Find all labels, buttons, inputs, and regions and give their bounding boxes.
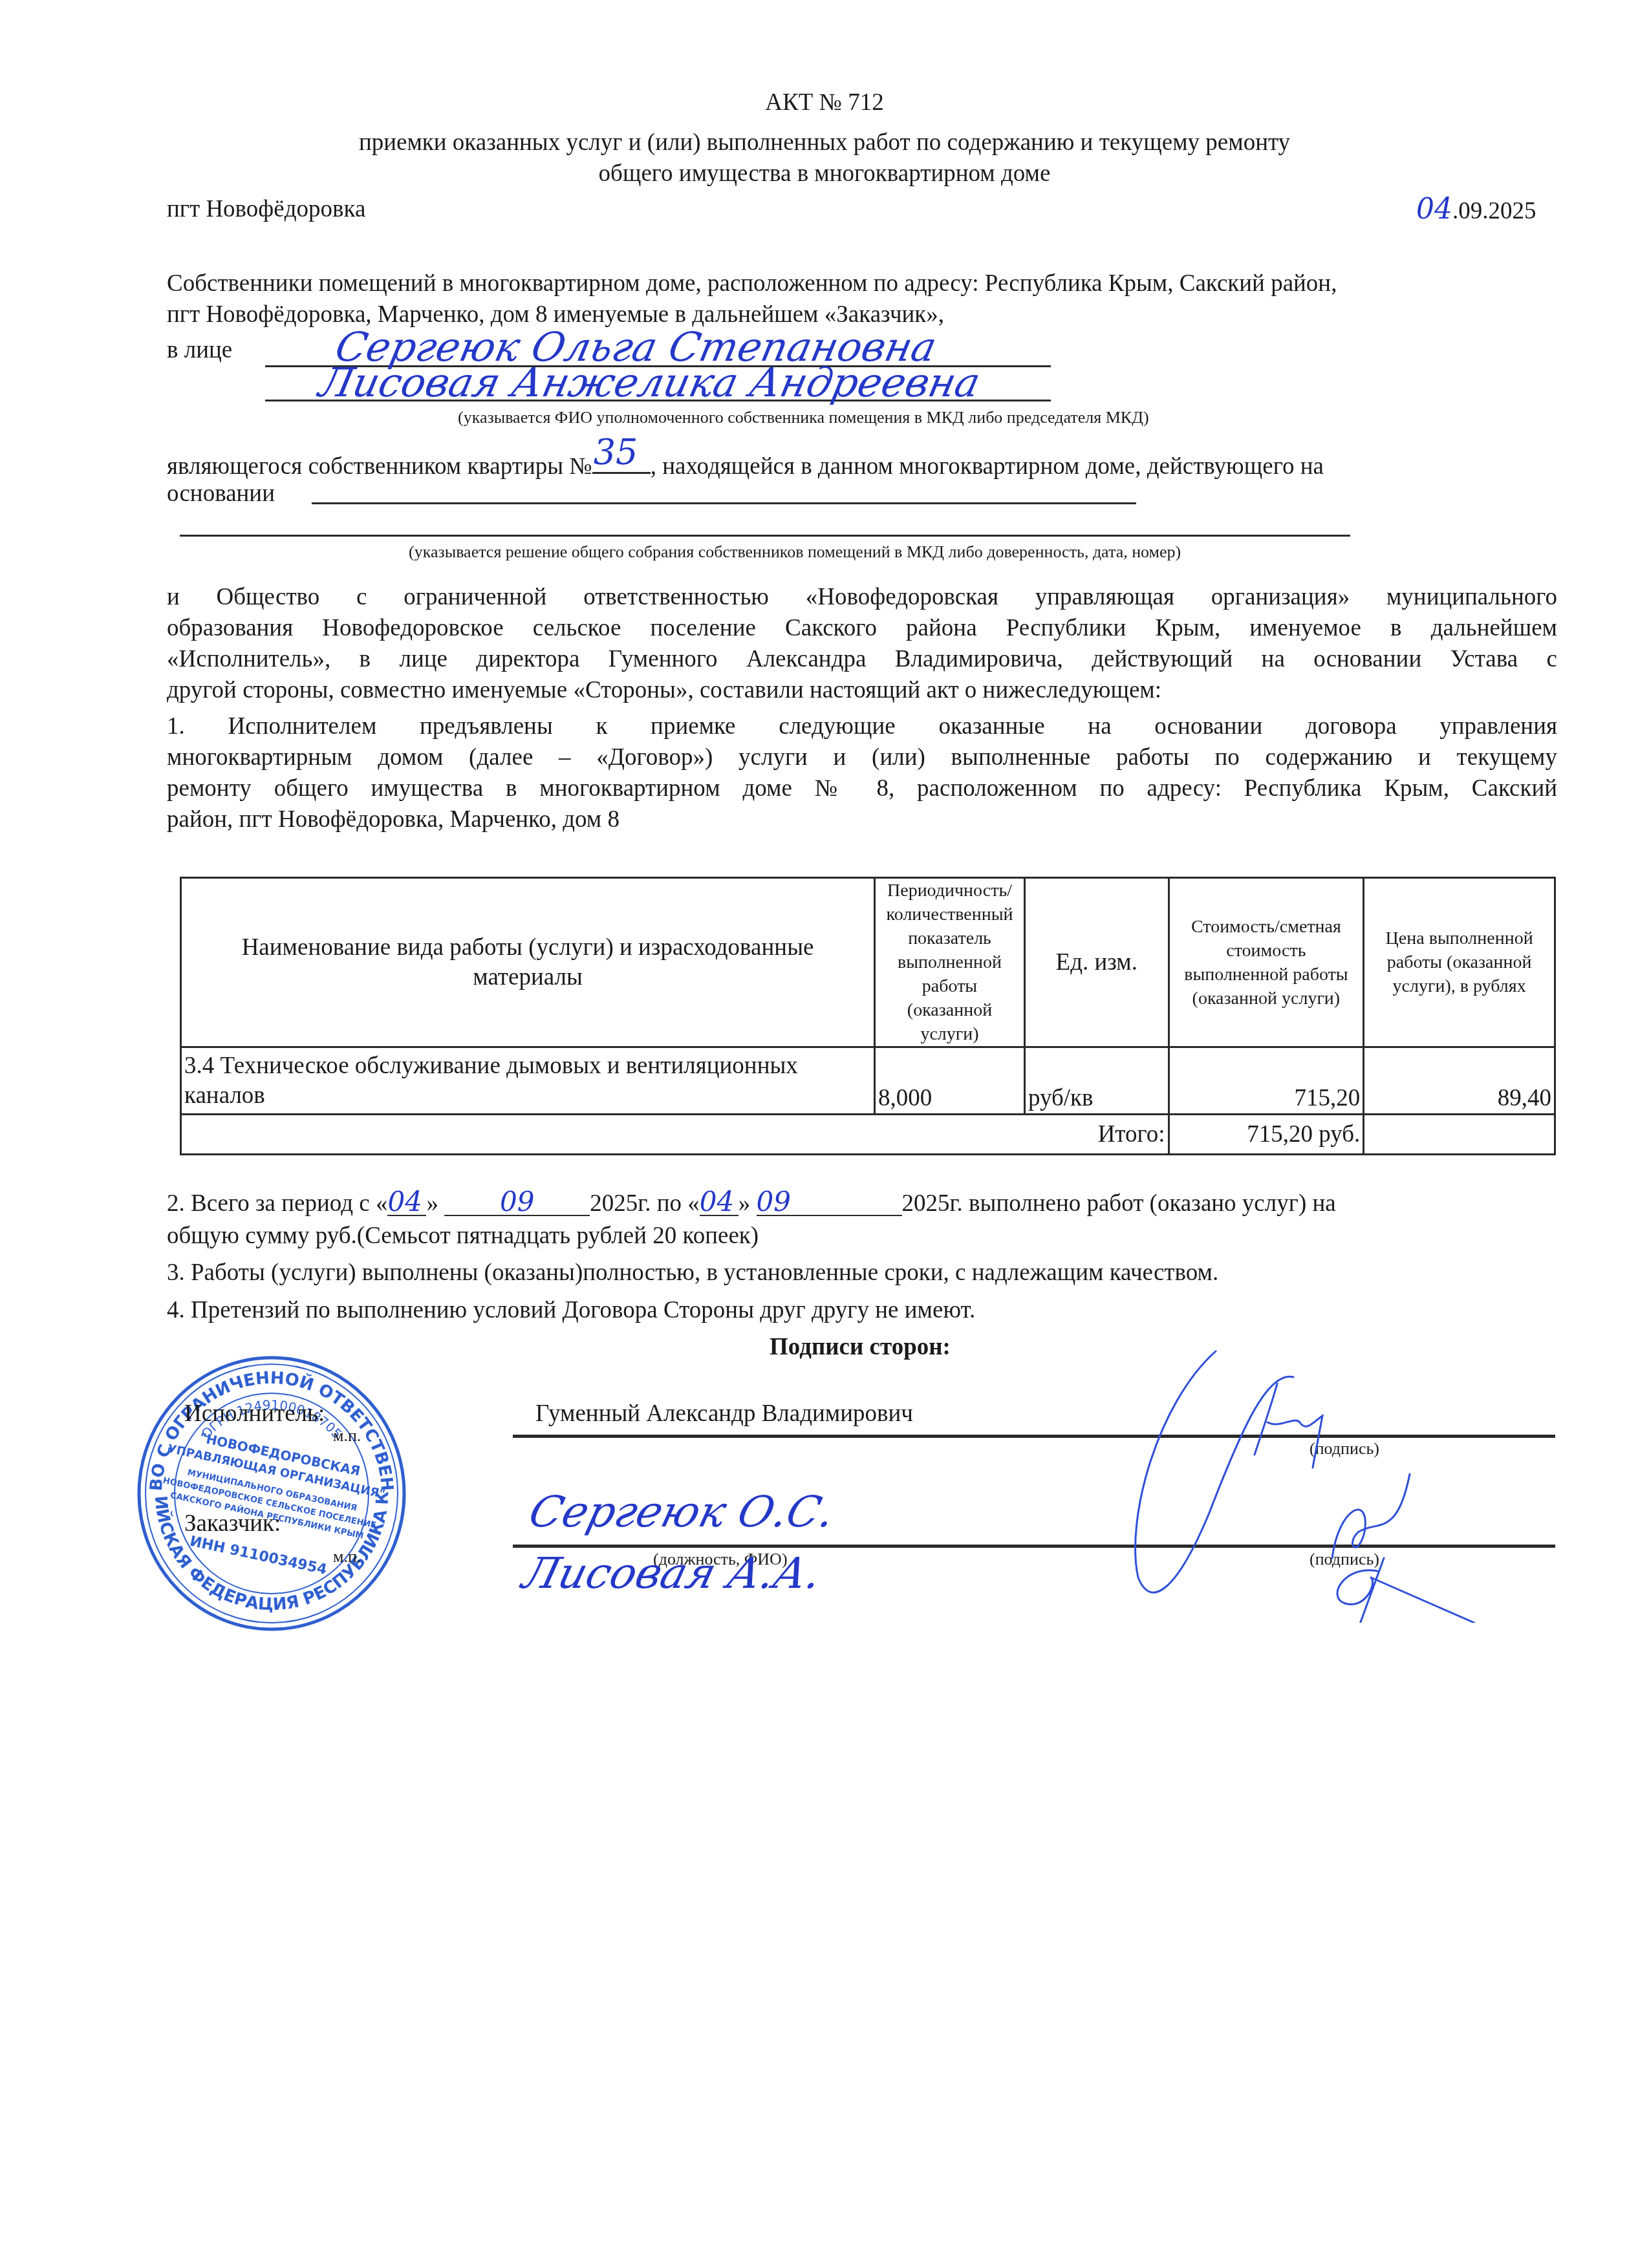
clause2-line1: 2. Всего за период с «04» 092025г. по «0… bbox=[167, 1188, 1336, 1219]
to-month-handwritten: 09 bbox=[757, 1189, 902, 1216]
act-date: 04.09.2025 bbox=[1416, 194, 1536, 227]
act-title: АКТ № 712 bbox=[0, 87, 1649, 118]
company-seal-stamp: ОБЩЕСТВО С ОГРАНИЧЕННОЙ ОТВЕТСТВЕННОСТЬЮ… bbox=[133, 1354, 411, 1632]
clause1-line2: многоквартирным домом (далее – «Договор»… bbox=[167, 742, 1557, 773]
total-value: 715,20 руб. bbox=[1169, 1115, 1364, 1155]
clause1-line4: район, пгт Новофёдоровка, Марченко, дом … bbox=[167, 804, 620, 835]
header-unit: Ед. изм. bbox=[1024, 878, 1169, 1047]
clause2-text-d: » bbox=[738, 1190, 751, 1217]
clause2-text-a: 2. Всего за период с « bbox=[167, 1190, 387, 1217]
from-month-handwritten: 09 bbox=[444, 1189, 590, 1216]
cell-cost: 715,20 bbox=[1169, 1047, 1364, 1115]
svg-text:ИНН 9110034954: ИНН 9110034954 bbox=[188, 1534, 328, 1578]
clause2-line2: общую сумму руб.(Семьсот пятнадцать рубл… bbox=[167, 1221, 759, 1252]
cell-unit: руб/кв bbox=[1024, 1047, 1169, 1115]
clause2-text-e: 2025г. выполнено работ (оказано услуг) н… bbox=[902, 1190, 1336, 1217]
contractor-para-line3: «Исполнитель», в лице директора Гуменног… bbox=[167, 644, 1557, 675]
header-price: Цена выполненной работы (оказанной услуг… bbox=[1364, 878, 1555, 1047]
name-hint: (указывается ФИО уполномоченного собстве… bbox=[458, 407, 1149, 428]
works-table: Наименование вида работы (услуги) и изра… bbox=[180, 877, 1556, 1155]
act-subtitle-line1: приемки оказанных услуг и (или) выполнен… bbox=[0, 127, 1649, 158]
header-name: Наименование вида работы (услуги) и изра… bbox=[181, 878, 875, 1047]
header-cost: Стоимость/сметная стоимость выполненной … bbox=[1169, 878, 1364, 1047]
table-header-row: Наименование вида работы (услуги) и изра… bbox=[181, 878, 1555, 1047]
contractor-name: Гуменный Александр Владимирович bbox=[535, 1398, 913, 1429]
contractor-para-line4: другой стороны, совместно именуемые «Сто… bbox=[167, 675, 1161, 706]
basis-label: основании bbox=[167, 478, 275, 509]
table-row: 3.4 Техническое обслуживание дымовых и в… bbox=[181, 1047, 1555, 1115]
customer-handwritten-name2: Лисовая А.А. bbox=[517, 1548, 826, 1598]
handwritten-signatures bbox=[1099, 1325, 1591, 1623]
owners-line1: Собственники помещений в многоквартирном… bbox=[167, 268, 1337, 299]
contractor-mp: м.п. bbox=[333, 1426, 361, 1446]
clause2-text-c: 2025г. по « bbox=[590, 1190, 700, 1217]
customer-handwritten-name1: Сергеюк О.С. bbox=[524, 1487, 839, 1537]
clause4: 4. Претензий по выполнению условий Догов… bbox=[167, 1295, 975, 1326]
clause1-line1: 1. Исполнителем предъявлены к приемке сл… bbox=[167, 711, 1557, 742]
table-total-row: Итого: 715,20 руб. bbox=[181, 1115, 1555, 1155]
clause1-line3: ремонту общего имущества в многоквартирн… bbox=[167, 773, 1557, 804]
date-rest: .09.2025 bbox=[1452, 198, 1536, 224]
date-day-handwritten: 04 bbox=[1416, 193, 1452, 226]
contractor-para-line1: и Общество с ограниченной ответственност… bbox=[167, 582, 1557, 613]
cell-price: 89,40 bbox=[1364, 1047, 1555, 1115]
handwritten-name2: Лисовая Анжелика Андреевна bbox=[315, 359, 984, 406]
to-day-handwritten: 04 bbox=[700, 1189, 738, 1216]
cell-name: 3.4 Техническое обслуживание дымовых и в… bbox=[181, 1047, 875, 1115]
header-periodicity: Периодичность/ количественный показатель… bbox=[875, 878, 1025, 1047]
apartment-number-field: 35 bbox=[592, 446, 651, 474]
apartment-line: являющегося собственником квартиры №35, … bbox=[167, 446, 1324, 482]
cell-periodicity: 8,000 bbox=[875, 1047, 1025, 1115]
apartment-before: являющегося собственником квартиры № bbox=[167, 453, 592, 480]
place-name: пгт Новофёдоровка bbox=[167, 194, 365, 225]
basis-hint: (указывается решение общего собрания соб… bbox=[409, 542, 1181, 562]
signatures-heading: Подписи сторон: bbox=[770, 1332, 951, 1363]
customer-signature-scribble bbox=[1332, 1474, 1474, 1623]
apartment-after: , находящейся в данном многоквартирном д… bbox=[651, 453, 1324, 480]
contractor-label: Исполнитель: bbox=[184, 1398, 325, 1429]
total-empty bbox=[1364, 1115, 1555, 1155]
clause2-text-b: » bbox=[426, 1190, 438, 1217]
contractor-signature-scribble bbox=[1136, 1351, 1322, 1592]
customer-mp: м.п. bbox=[333, 1546, 361, 1567]
clause3: 3. Работы (услуги) выполнены (оказаны)по… bbox=[167, 1257, 1218, 1289]
total-label: Итого: bbox=[181, 1115, 1169, 1155]
basis-field-line1 bbox=[312, 502, 1136, 504]
act-subtitle-line2: общего имущества в многоквартирном доме bbox=[0, 158, 1649, 189]
apartment-number-handwritten: 35 bbox=[594, 437, 638, 468]
from-day-handwritten: 04 bbox=[387, 1189, 426, 1216]
basis-field-line2 bbox=[180, 535, 1350, 537]
in-person-label: в лице bbox=[167, 335, 232, 366]
contractor-para-line2: образования Новофедоровское сельское пос… bbox=[167, 613, 1557, 644]
customer-label: Заказчик: bbox=[184, 1508, 281, 1539]
